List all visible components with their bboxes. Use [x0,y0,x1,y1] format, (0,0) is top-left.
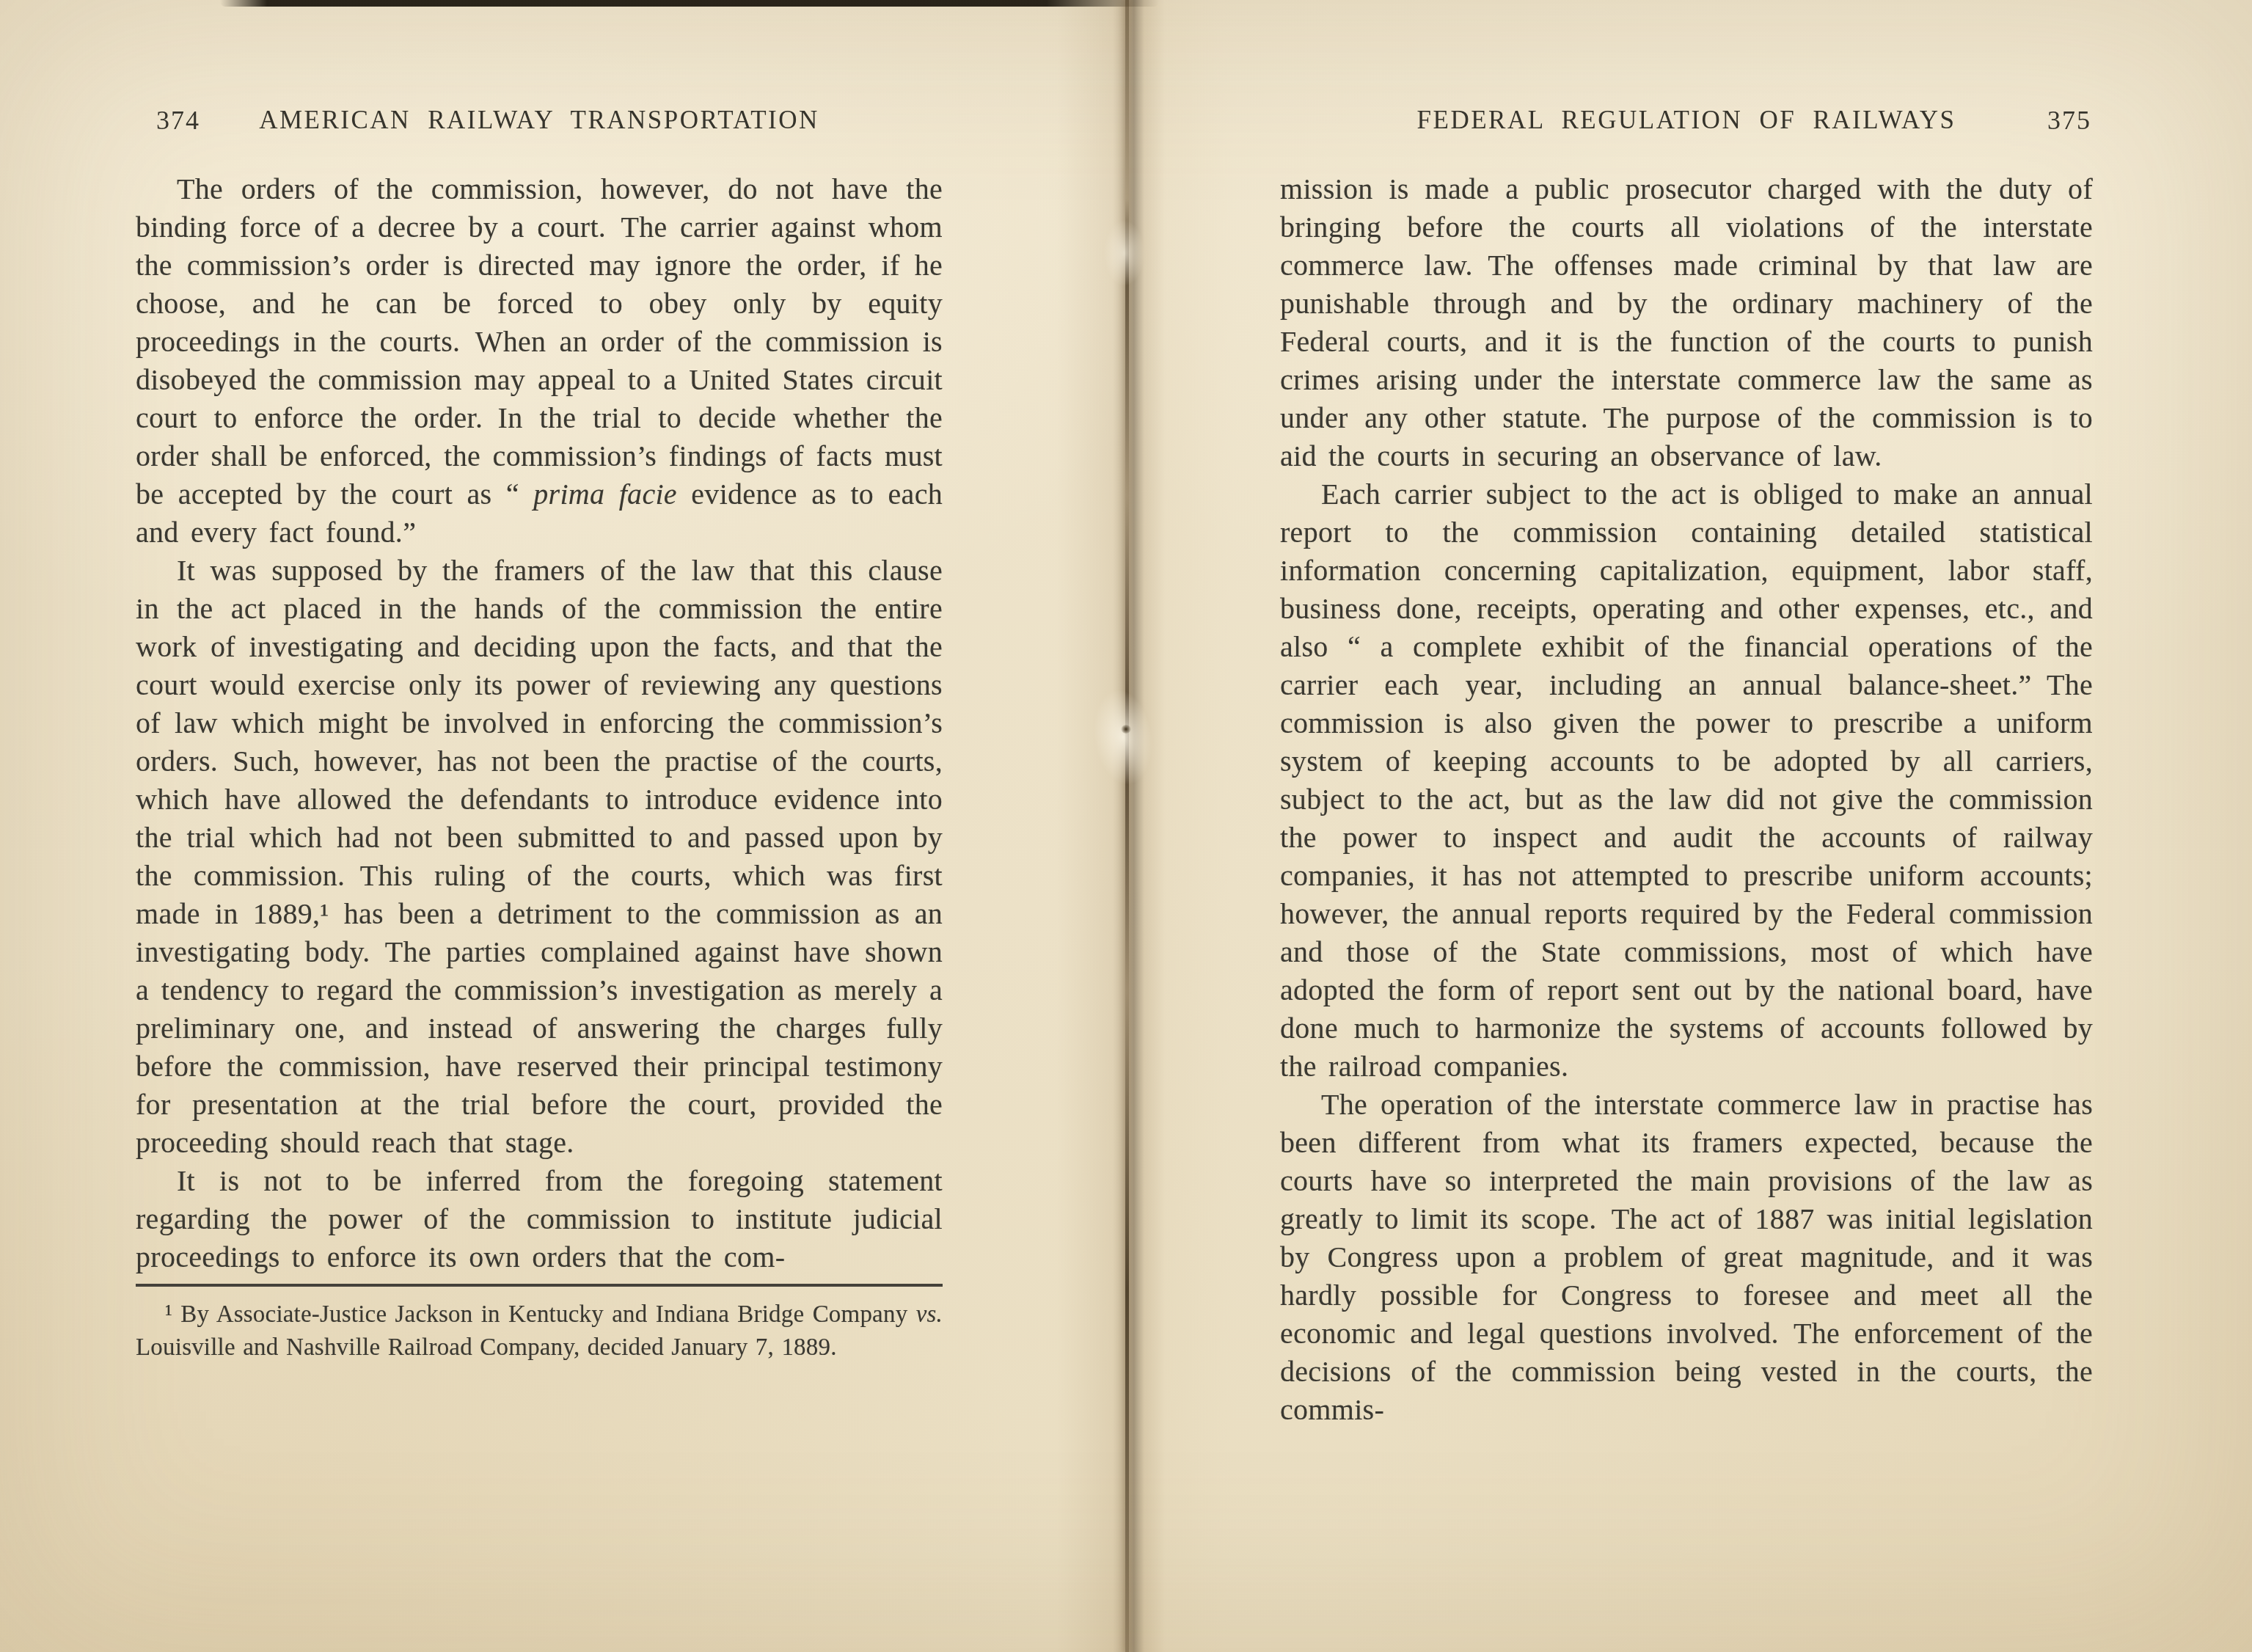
left-running-title: AMERICAN RAILWAY TRANSPORTATION [136,101,943,139]
italic-phrase: vs. [916,1301,943,1328]
paragraph: The operation of the interstate commerce… [1280,1086,2093,1429]
footnote-separator [136,1284,943,1287]
right-page-header: FEDERAL REGULATION OF RAILWAYS 375 [1280,101,2093,139]
paragraph: It is not to be inferred from the forego… [136,1162,943,1276]
footnote-text-part: Louisville and Nashville Railroad Compan… [136,1334,837,1361]
binding-speck [1121,725,1131,734]
left-page: 374 AMERICAN RAILWAY TRANSPORTATION The … [136,101,943,1364]
right-page-number: 375 [2047,101,2091,139]
italic-phrase: prima facie [533,478,677,511]
binding-repair-mark [1104,220,1144,286]
footnote: ¹ By Associate-Justice Jackson in Kentuc… [136,1298,943,1364]
scan-top-edge [220,0,1159,7]
paragraph-text: The orders of the commission, however, d… [136,172,943,511]
footnote-text: ¹ By Associate-Justice Jackson in Kentuc… [136,1298,943,1364]
right-running-title: FEDERAL REGULATION OF RAILWAYS [1280,101,2093,139]
book-scan: 374 AMERICAN RAILWAY TRANSPORTATION The … [0,0,2252,1652]
left-body-text: The orders of the commission, however, d… [136,170,943,1276]
right-page: FEDERAL REGULATION OF RAILWAYS 375 missi… [1280,101,2093,1429]
footnote-marker: ¹ [165,1301,172,1328]
footnote-text-part: By Associate-Justice Jackson in Kentucky… [172,1301,916,1328]
right-body-text: mission is made a public prosecutor char… [1280,170,2093,1429]
paragraph: mission is made a public prosecutor char… [1280,170,2093,475]
paragraph: The orders of the commission, however, d… [136,170,943,552]
page-gutter-shadow [1056,0,1232,1652]
paragraph: Each carrier subject to the act is oblig… [1280,475,2093,1086]
paragraph: It was supposed by the framers of the la… [136,552,943,1162]
left-page-header: 374 AMERICAN RAILWAY TRANSPORTATION [136,101,943,139]
